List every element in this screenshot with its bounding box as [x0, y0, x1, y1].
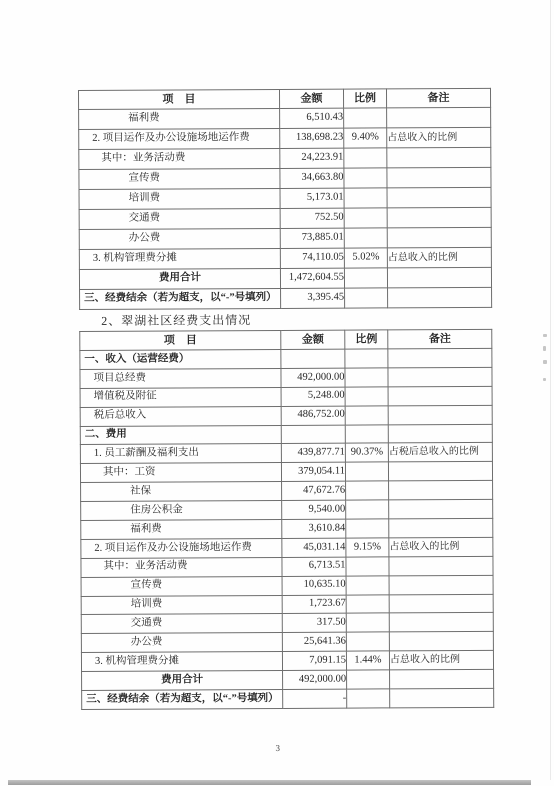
table-row: 宣传费10,635.10	[81, 575, 493, 596]
label-cell: 3. 机构管理费分摊	[79, 248, 280, 269]
table-row: 一、收入（运营经费）	[80, 348, 492, 369]
ratio-cell	[345, 349, 388, 368]
table-row: 培训费1,723.67	[81, 594, 493, 615]
amount-cell: 6,713.51	[282, 557, 346, 576]
table-row: 宣传费34,663.80	[79, 167, 491, 189]
table-row: 培训费5,173.01	[79, 187, 491, 209]
amount-cell: 34,663.80	[280, 168, 344, 188]
table-row: 交通费752.50	[79, 207, 491, 229]
column-header-3: 备注	[388, 329, 492, 349]
label-cell: 2. 项目运作及办公设施场地运作费	[81, 538, 282, 558]
amount-cell: 138,698.23	[280, 128, 344, 148]
table-row: 增值税及附征5,248.00	[80, 386, 492, 407]
table-row: 住房公积金9,540.00	[81, 499, 493, 520]
ratio-cell	[344, 168, 387, 188]
note-cell	[387, 167, 491, 188]
table-row: 其中：业务活动费24,223.91	[79, 147, 491, 169]
ratio-cell	[346, 557, 389, 576]
note-cell	[387, 267, 491, 288]
amount-cell: 73,885.01	[280, 228, 344, 248]
note-cell	[388, 287, 492, 308]
label-cell: 福利费	[81, 519, 282, 539]
note-cell	[387, 207, 491, 228]
note-cell	[389, 613, 493, 632]
table-row: 二、费用	[80, 424, 492, 445]
ratio-cell	[346, 519, 389, 538]
amount-cell: 45,031.14	[282, 538, 346, 557]
table-row: 三、经费结余（若为超支，以“-”号填列）-	[82, 688, 494, 709]
ratio-cell	[344, 108, 387, 128]
note-cell	[389, 594, 493, 613]
ratio-cell: 90.37%	[345, 443, 388, 462]
amount-cell: 1,472,604.55	[280, 268, 344, 288]
scan-edge-strip	[8, 780, 531, 785]
label-cell: 3. 机构管理费分摊	[81, 652, 282, 672]
table-row: 交通费317.50	[81, 613, 493, 634]
note-cell	[389, 575, 493, 594]
note-cell: 占总收入的比例	[389, 651, 493, 670]
label-cell: 二、费用	[80, 425, 281, 445]
label-cell: 2. 项目运作及办公设施场地运作费	[79, 128, 280, 149]
table-header-row: 项 目金额比例备注	[80, 329, 492, 350]
table-row: 福利费6,510.43	[79, 107, 491, 129]
note-cell: 占总收入的比例	[387, 247, 491, 268]
note-cell	[389, 518, 493, 537]
note-cell	[387, 147, 491, 168]
label-cell: 办公费	[81, 633, 282, 653]
ratio-cell	[344, 208, 387, 228]
column-header-0: 项 目	[78, 89, 279, 109]
ratio-cell: 9.15%	[346, 538, 389, 557]
table-row: 福利费3,610.84	[81, 518, 493, 539]
expense-summary-table-continued: 项 目金额比例备注 福利费6,510.432. 项目运作及办公设施场地运作费13…	[78, 88, 492, 310]
label-cell: 一、收入（运营经费）	[80, 349, 281, 369]
note-cell	[387, 187, 491, 208]
table-row: 3. 机构管理费分摊74,110.055.02%占总收入的比例	[79, 247, 491, 269]
ratio-cell	[345, 368, 388, 387]
table-row: 3. 机构管理费分摊7,091.151.44%占总收入的比例	[81, 651, 493, 672]
ratio-cell	[344, 148, 387, 168]
amount-cell: 3,395.45	[281, 288, 345, 308]
ratio-cell	[345, 424, 388, 443]
label-cell: 其中：工资	[80, 463, 281, 483]
table-row: 2. 项目运作及办公设施场地运作费45,031.149.15%占总收入的比例	[81, 537, 493, 558]
column-header-2: 比例	[345, 330, 388, 349]
ratio-cell	[344, 268, 387, 288]
note-cell	[389, 499, 493, 518]
label-cell: 三、经费结余（若为超支，以“-”号填列）	[80, 288, 281, 309]
label-cell: 住房公积金	[81, 501, 282, 521]
label-cell: 宣传费	[79, 168, 280, 189]
section-2-title: 2、翠湖社区经费支出情况	[101, 311, 251, 329]
table-row: 费用合计492,000.00	[82, 669, 494, 690]
label-cell: 培训费	[81, 595, 282, 615]
cuihu-community-expense-table: 项 目金额比例备注 一、收入（运营经费）项目总经费492,000.00增值税及附…	[79, 329, 494, 710]
label-cell: 交通费	[81, 614, 282, 634]
amount-cell: 752.50	[280, 208, 344, 228]
amount-cell	[281, 425, 345, 444]
ratio-cell	[347, 670, 390, 689]
ratio-cell	[346, 632, 389, 651]
amount-cell: 10,635.10	[282, 576, 346, 595]
amount-cell: 379,054.11	[281, 462, 345, 481]
table-header-row: 项 目金额比例备注	[78, 88, 490, 109]
note-cell	[388, 386, 492, 405]
ratio-cell	[346, 481, 389, 500]
ratio-cell	[346, 500, 389, 519]
document-content: 项 目金额比例备注 福利费6,510.432. 项目运作及办公设施场地运作费13…	[0, 0, 554, 786]
label-cell: 增值税及附征	[80, 387, 281, 407]
note-cell	[389, 556, 493, 575]
column-header-0: 项 目	[80, 330, 281, 350]
table-row: 项目总经费492,000.00	[80, 367, 492, 388]
amount-cell: 5,248.00	[281, 387, 345, 406]
amount-cell: 1,723.67	[282, 595, 346, 614]
label-cell: 费用合计	[82, 671, 283, 691]
ratio-cell	[346, 613, 389, 632]
ratio-cell	[345, 387, 388, 406]
label-cell: 交通费	[79, 208, 280, 229]
ratio-cell: 5.02%	[344, 248, 387, 268]
note-cell	[389, 632, 493, 651]
label-cell: 三、经费结余（若为超支，以“-”号填列）	[82, 689, 283, 709]
amount-cell: 5,173.01	[280, 188, 344, 208]
column-header-1: 金额	[281, 330, 345, 349]
table-row: 其中：业务活动费6,713.51	[81, 556, 493, 577]
note-cell	[388, 367, 492, 386]
label-cell: 1. 员工薪酬及福利支出	[80, 444, 281, 464]
amount-cell: 9,540.00	[282, 500, 346, 519]
note-cell	[389, 481, 493, 500]
note-cell	[387, 107, 491, 128]
ratio-cell	[346, 576, 389, 595]
note-cell	[390, 669, 494, 688]
table-row: 2. 项目运作及办公设施场地运作费138,698.239.40%占总收入的比例	[79, 127, 491, 149]
label-cell: 其中：业务活动费	[79, 148, 280, 169]
amount-cell: 6,510.43	[280, 108, 344, 128]
amount-cell: 486,752.00	[281, 406, 345, 425]
note-cell	[388, 424, 492, 443]
label-cell: 费用合计	[79, 268, 280, 289]
label-cell: 宣传费	[81, 576, 282, 596]
amount-cell: 7,091.15	[282, 651, 346, 670]
note-cell: 占总收入的比例	[389, 537, 493, 556]
amount-cell: 492,000.00	[283, 670, 347, 689]
label-cell: 项目总经费	[80, 368, 281, 388]
label-cell: 社保	[81, 482, 282, 502]
label-cell: 福利费	[79, 108, 280, 129]
note-cell	[388, 405, 492, 424]
table-row: 办公费73,885.01	[79, 227, 491, 249]
amount-cell	[281, 349, 345, 368]
ratio-cell: 1.44%	[346, 651, 389, 670]
column-header-1: 金额	[279, 89, 343, 108]
ratio-cell	[347, 689, 390, 708]
note-cell	[388, 462, 492, 481]
amount-cell: 25,641.36	[282, 632, 346, 651]
table-row: 其中：工资379,054.11	[80, 462, 492, 483]
label-cell: 税后总收入	[80, 406, 281, 426]
table-row: 1. 员工薪酬及福利支出439,877.7190.37%占税后总收入的比例	[80, 443, 492, 464]
column-header-2: 比例	[343, 89, 386, 108]
amount-cell: -	[283, 689, 347, 708]
table-row: 税后总收入486,752.00	[80, 405, 492, 426]
note-cell: 占总收入的比例	[387, 127, 491, 148]
amount-cell: 3,610.84	[282, 519, 346, 538]
ratio-cell	[345, 406, 388, 425]
ratio-cell	[344, 228, 387, 248]
ratio-cell	[345, 288, 388, 308]
ratio-cell	[344, 188, 387, 208]
page-number: 3	[275, 743, 280, 753]
ratio-cell: 9.40%	[344, 128, 387, 148]
column-header-3: 备注	[386, 88, 490, 108]
note-cell	[388, 348, 492, 367]
amount-cell: 317.50	[282, 614, 346, 633]
amount-cell: 74,110.05	[280, 248, 344, 268]
amount-cell: 492,000.00	[281, 368, 345, 387]
label-cell: 培训费	[79, 188, 280, 209]
table-row: 三、经费结余（若为超支，以“-”号填列）3,395.45	[80, 287, 492, 309]
note-cell: 占税后总收入的比例	[388, 443, 492, 462]
label-cell: 其中：业务活动费	[81, 557, 282, 577]
ratio-cell	[345, 462, 388, 481]
ratio-cell	[346, 594, 389, 613]
amount-cell: 47,672.76	[282, 481, 346, 500]
table-row: 费用合计1,472,604.55	[79, 267, 491, 289]
amount-cell: 24,223.91	[280, 148, 344, 168]
scan-edge-line	[550, 0, 551, 780]
table-row: 办公费25,641.36	[81, 632, 493, 653]
note-cell	[387, 227, 491, 248]
table-row: 社保47,672.76	[81, 481, 493, 502]
amount-cell: 439,877.71	[281, 444, 345, 463]
bleed-through-marks	[541, 334, 549, 434]
label-cell: 办公费	[79, 228, 280, 249]
note-cell	[390, 688, 494, 707]
scanned-document-page: 项 目金额比例备注 福利费6,510.432. 项目运作及办公设施场地运作费13…	[0, 0, 554, 786]
